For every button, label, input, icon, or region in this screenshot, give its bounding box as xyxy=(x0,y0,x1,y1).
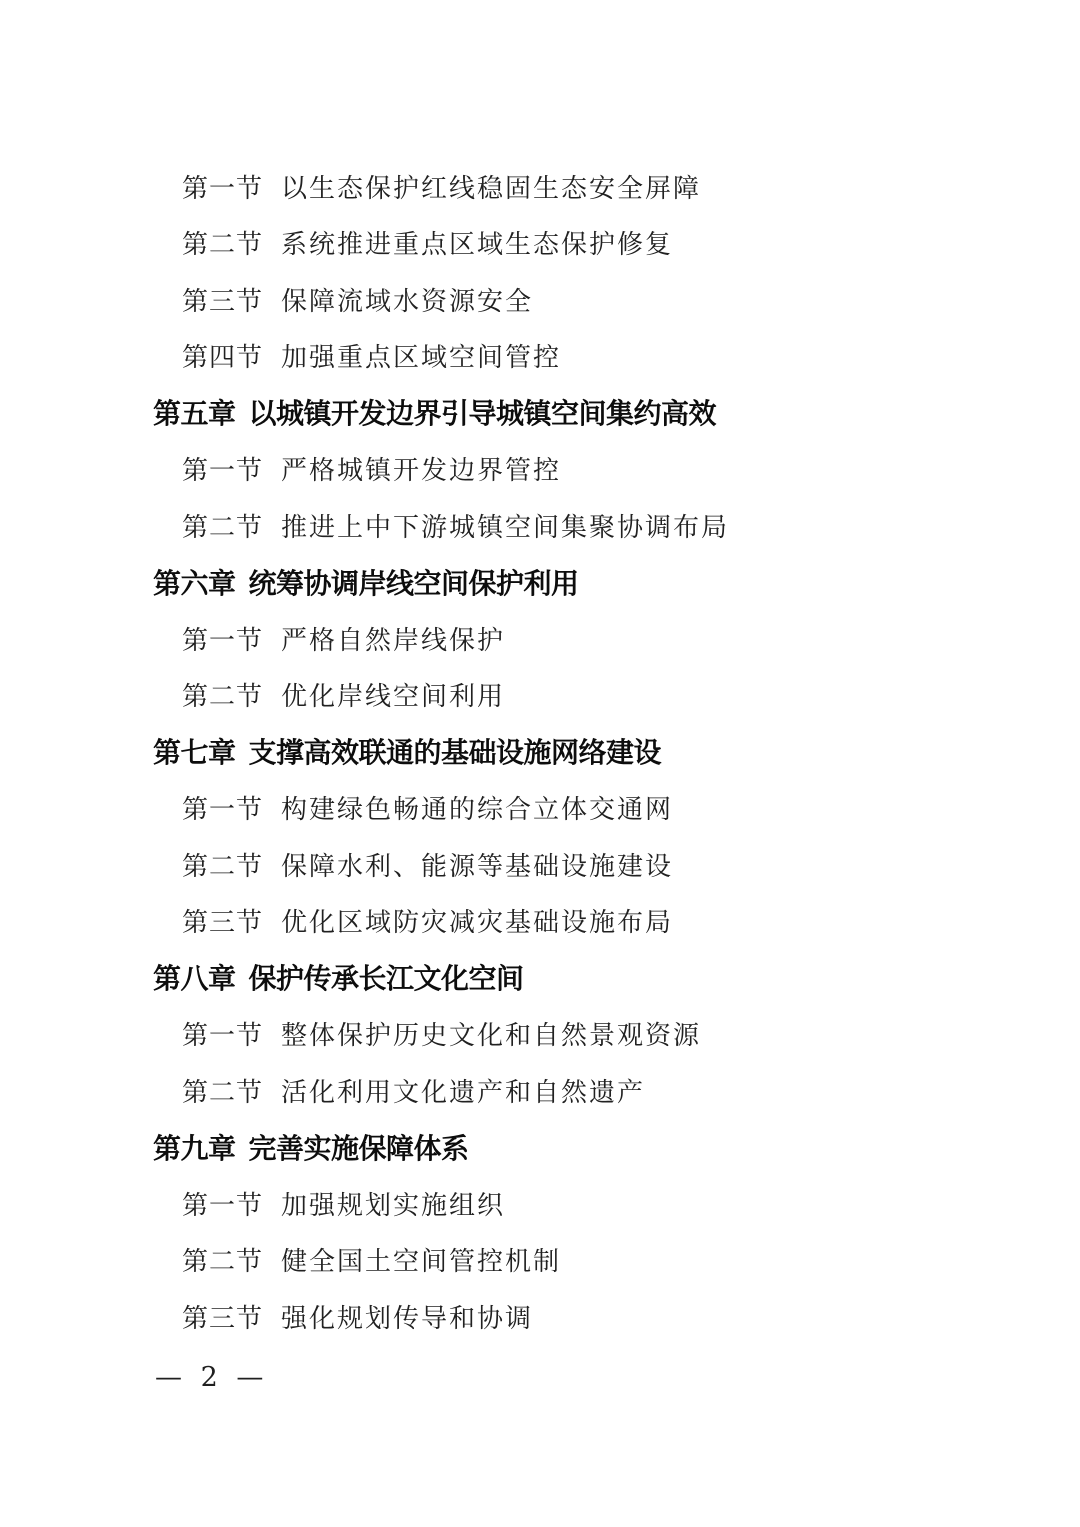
toc-entry: 第一节 整体保护历史文化和自然景观资源 xyxy=(0,1006,1080,1063)
toc-entry-title: 优化岸线空间利用 xyxy=(281,676,505,713)
toc-entry-number: 第一节 xyxy=(182,1185,263,1222)
toc-entry: 第一节 严格自然岸线保护 xyxy=(0,610,1080,667)
toc-chapter-heading: 第六章 统筹协调岸线空间保护利用 xyxy=(0,554,1080,611)
page-number: — 2 — xyxy=(155,1362,268,1393)
toc-chapter-heading: 第五章 以城镇开发边界引导城镇空间集约高效 xyxy=(0,384,1080,441)
toc-entry-title: 健全国土空间管控机制 xyxy=(281,1241,561,1278)
toc-chapter-number: 第八章 xyxy=(153,957,236,997)
toc-entry: 第二节 活化利用文化遗产和自然遗产 xyxy=(0,1062,1080,1119)
toc-entry: 第四节 加强重点区域空间管控 xyxy=(0,328,1080,385)
toc-entry-title: 保障流域水资源安全 xyxy=(281,281,533,318)
toc-entry: 第一节 加强规划实施组织 xyxy=(0,1175,1080,1232)
toc-entry-number: 第二节 xyxy=(182,846,263,883)
toc-entry-title: 严格城镇开发边界管控 xyxy=(281,450,561,487)
toc-chapter-title: 完善实施保障体系 xyxy=(249,1127,469,1167)
toc-chapter-heading: 第七章 支撑高效联通的基础设施网络建设 xyxy=(0,723,1080,780)
toc-entry-number: 第二节 xyxy=(182,224,263,261)
toc-entry-number: 第三节 xyxy=(182,1298,263,1335)
toc-entry-title: 推进上中下游城镇空间集聚协调布局 xyxy=(281,507,729,544)
toc-entry: 第二节 优化岸线空间利用 xyxy=(0,667,1080,724)
toc-entry-number: 第一节 xyxy=(182,1015,263,1052)
toc-entry-title: 强化规划传导和协调 xyxy=(281,1298,533,1335)
toc-entry-number: 第一节 xyxy=(182,450,263,487)
toc-entry-number: 第一节 xyxy=(182,168,263,205)
toc-chapter-number: 第九章 xyxy=(153,1127,236,1167)
toc-chapter-title: 统筹协调岸线空间保护利用 xyxy=(249,562,579,602)
toc-chapter-heading: 第九章 完善实施保障体系 xyxy=(0,1119,1080,1176)
toc-entry-number: 第二节 xyxy=(182,507,263,544)
toc-entry: 第二节 推进上中下游城镇空间集聚协调布局 xyxy=(0,497,1080,554)
toc-entry: 第一节 严格城镇开发边界管控 xyxy=(0,441,1080,498)
toc-chapter-number: 第五章 xyxy=(153,392,236,432)
toc-entry: 第三节 强化规划传导和协调 xyxy=(0,1288,1080,1345)
toc-entry: 第一节 构建绿色畅通的综合立体交通网 xyxy=(0,780,1080,837)
toc-entry: 第二节 健全国土空间管控机制 xyxy=(0,1232,1080,1289)
toc-entry-number: 第三节 xyxy=(182,281,263,318)
toc-entry-number: 第二节 xyxy=(182,1241,263,1278)
toc-entry-title: 整体保护历史文化和自然景观资源 xyxy=(281,1015,701,1052)
toc-entry: 第二节 系统推进重点区域生态保护修复 xyxy=(0,215,1080,272)
toc-entry-number: 第三节 xyxy=(182,902,263,939)
toc-chapter-number: 第七章 xyxy=(153,731,236,771)
toc-entry-title: 严格自然岸线保护 xyxy=(281,620,505,657)
toc-entry: 第三节 保障流域水资源安全 xyxy=(0,271,1080,328)
toc-entry-number: 第一节 xyxy=(182,620,263,657)
table-of-contents: 第一节 以生态保护红线稳固生态安全屏障 第二节 系统推进重点区域生态保护修复 第… xyxy=(0,158,1080,1345)
toc-entry-title: 优化区域防灾减灾基础设施布局 xyxy=(281,902,673,939)
toc-entry-number: 第四节 xyxy=(182,337,263,374)
toc-entry-number: 第二节 xyxy=(182,676,263,713)
toc-chapter-title: 保护传承长江文化空间 xyxy=(249,957,524,997)
toc-entry-title: 系统推进重点区域生态保护修复 xyxy=(281,224,673,261)
toc-chapter-number: 第六章 xyxy=(153,562,236,602)
toc-entry-title: 活化利用文化遗产和自然遗产 xyxy=(281,1072,645,1109)
document-page: 第一节 以生态保护红线稳固生态安全屏障 第二节 系统推进重点区域生态保护修复 第… xyxy=(0,0,1080,1527)
toc-entry-title: 加强重点区域空间管控 xyxy=(281,337,561,374)
toc-entry: 第一节 以生态保护红线稳固生态安全屏障 xyxy=(0,158,1080,215)
toc-entry: 第二节 保障水利、能源等基础设施建设 xyxy=(0,836,1080,893)
toc-entry-title: 构建绿色畅通的综合立体交通网 xyxy=(281,789,673,826)
toc-entry-title: 保障水利、能源等基础设施建设 xyxy=(281,846,673,883)
toc-entry-title: 以生态保护红线稳固生态安全屏障 xyxy=(281,168,701,205)
toc-entry-number: 第一节 xyxy=(182,789,263,826)
toc-chapter-heading: 第八章 保护传承长江文化空间 xyxy=(0,949,1080,1006)
toc-chapter-title: 以城镇开发边界引导城镇空间集约高效 xyxy=(249,392,717,432)
toc-entry-number: 第二节 xyxy=(182,1072,263,1109)
toc-entry: 第三节 优化区域防灾减灾基础设施布局 xyxy=(0,893,1080,950)
toc-entry-title: 加强规划实施组织 xyxy=(281,1185,505,1222)
toc-chapter-title: 支撑高效联通的基础设施网络建设 xyxy=(249,731,662,771)
